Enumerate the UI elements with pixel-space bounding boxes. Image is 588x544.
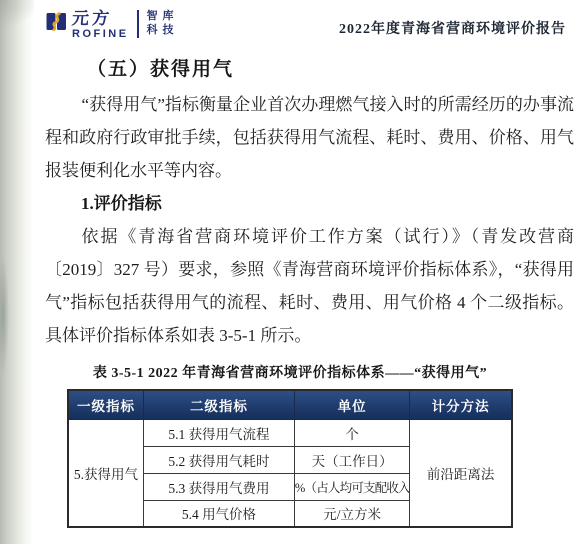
- paragraph-intro: “获得用气”指标衡量企业首次办理燃气接入时的所需经历的办事流程和政府行政审批手续…: [45, 88, 574, 187]
- cell-indicator: 5.1 获得用气流程: [143, 419, 294, 446]
- rofine-logo-icon: [46, 12, 67, 31]
- table-row: 5.获得用气 5.1 获得用气流程 个 前沿距离法: [68, 419, 512, 446]
- cell-level1-indicator: 5.获得用气: [68, 419, 143, 527]
- report-title: 2022年度青海省营商环境评价报告: [339, 18, 566, 41]
- document-page: 元方 ROFINE 智库 科技 2022年度青海省营商环境评价报告 （五）获得用…: [0, 0, 588, 544]
- cell-unit: 个: [294, 419, 409, 446]
- logo-divider: [137, 10, 139, 38]
- cell-unit: 元/立方米: [294, 500, 409, 527]
- table-header-row: 一级指标 二级指标 单位 计分方法: [68, 390, 512, 419]
- cell-unit: %（占人均可支配收入）: [294, 473, 409, 500]
- tagline-line-2: 科技: [147, 25, 179, 36]
- table-caption: 表 3-5-1 2022 年青海省营商环境评价指标体系——“获得用气”: [67, 362, 513, 382]
- page-header: 元方 ROFINE 智库 科技 2022年度青海省营商环境评价报告: [0, 0, 588, 41]
- header-level2: 二级指标: [143, 390, 294, 419]
- indicator-table: 一级指标 二级指标 单位 计分方法 5.获得用气 5.1 获得用气流程 个 前沿…: [67, 389, 513, 528]
- cell-scoring-method: 前沿距离法: [410, 419, 512, 527]
- cell-indicator: 5.2 获得用气耗时: [143, 446, 294, 473]
- indicator-table-block: 表 3-5-1 2022 年青海省营商环境评价指标体系——“获得用气” 一级指标…: [67, 362, 513, 528]
- cell-indicator: 5.4 用气价格: [143, 500, 294, 527]
- logo-wordmark: 元方 ROFINE: [72, 10, 129, 40]
- document-body: （五）获得用气 “获得用气”指标衡量企业首次办理燃气接入时的所需经历的办事流程和…: [0, 54, 588, 528]
- brand-name-english: ROFINE: [72, 29, 129, 40]
- section-title: （五）获得用气: [87, 54, 574, 81]
- header-scoring: 计分方法: [410, 390, 512, 419]
- brand-name-chinese: 元方: [71, 10, 129, 27]
- header-unit: 单位: [294, 390, 409, 419]
- cell-unit: 天（工作日）: [294, 446, 409, 473]
- rofine-logo: 元方 ROFINE 智库 科技: [46, 8, 179, 41]
- header-level1: 一级指标: [68, 390, 143, 419]
- logo-tagline: 智库 科技: [147, 8, 179, 41]
- cell-indicator: 5.3 获得用气费用: [143, 473, 294, 500]
- tagline-line-1: 智库: [147, 11, 179, 22]
- paragraph-basis: 依据《青海省营商环境评价工作方案（试行）》（青发改营商〔2019〕327 号）要…: [45, 220, 574, 352]
- subsection-heading: 1.评价指标: [81, 187, 574, 220]
